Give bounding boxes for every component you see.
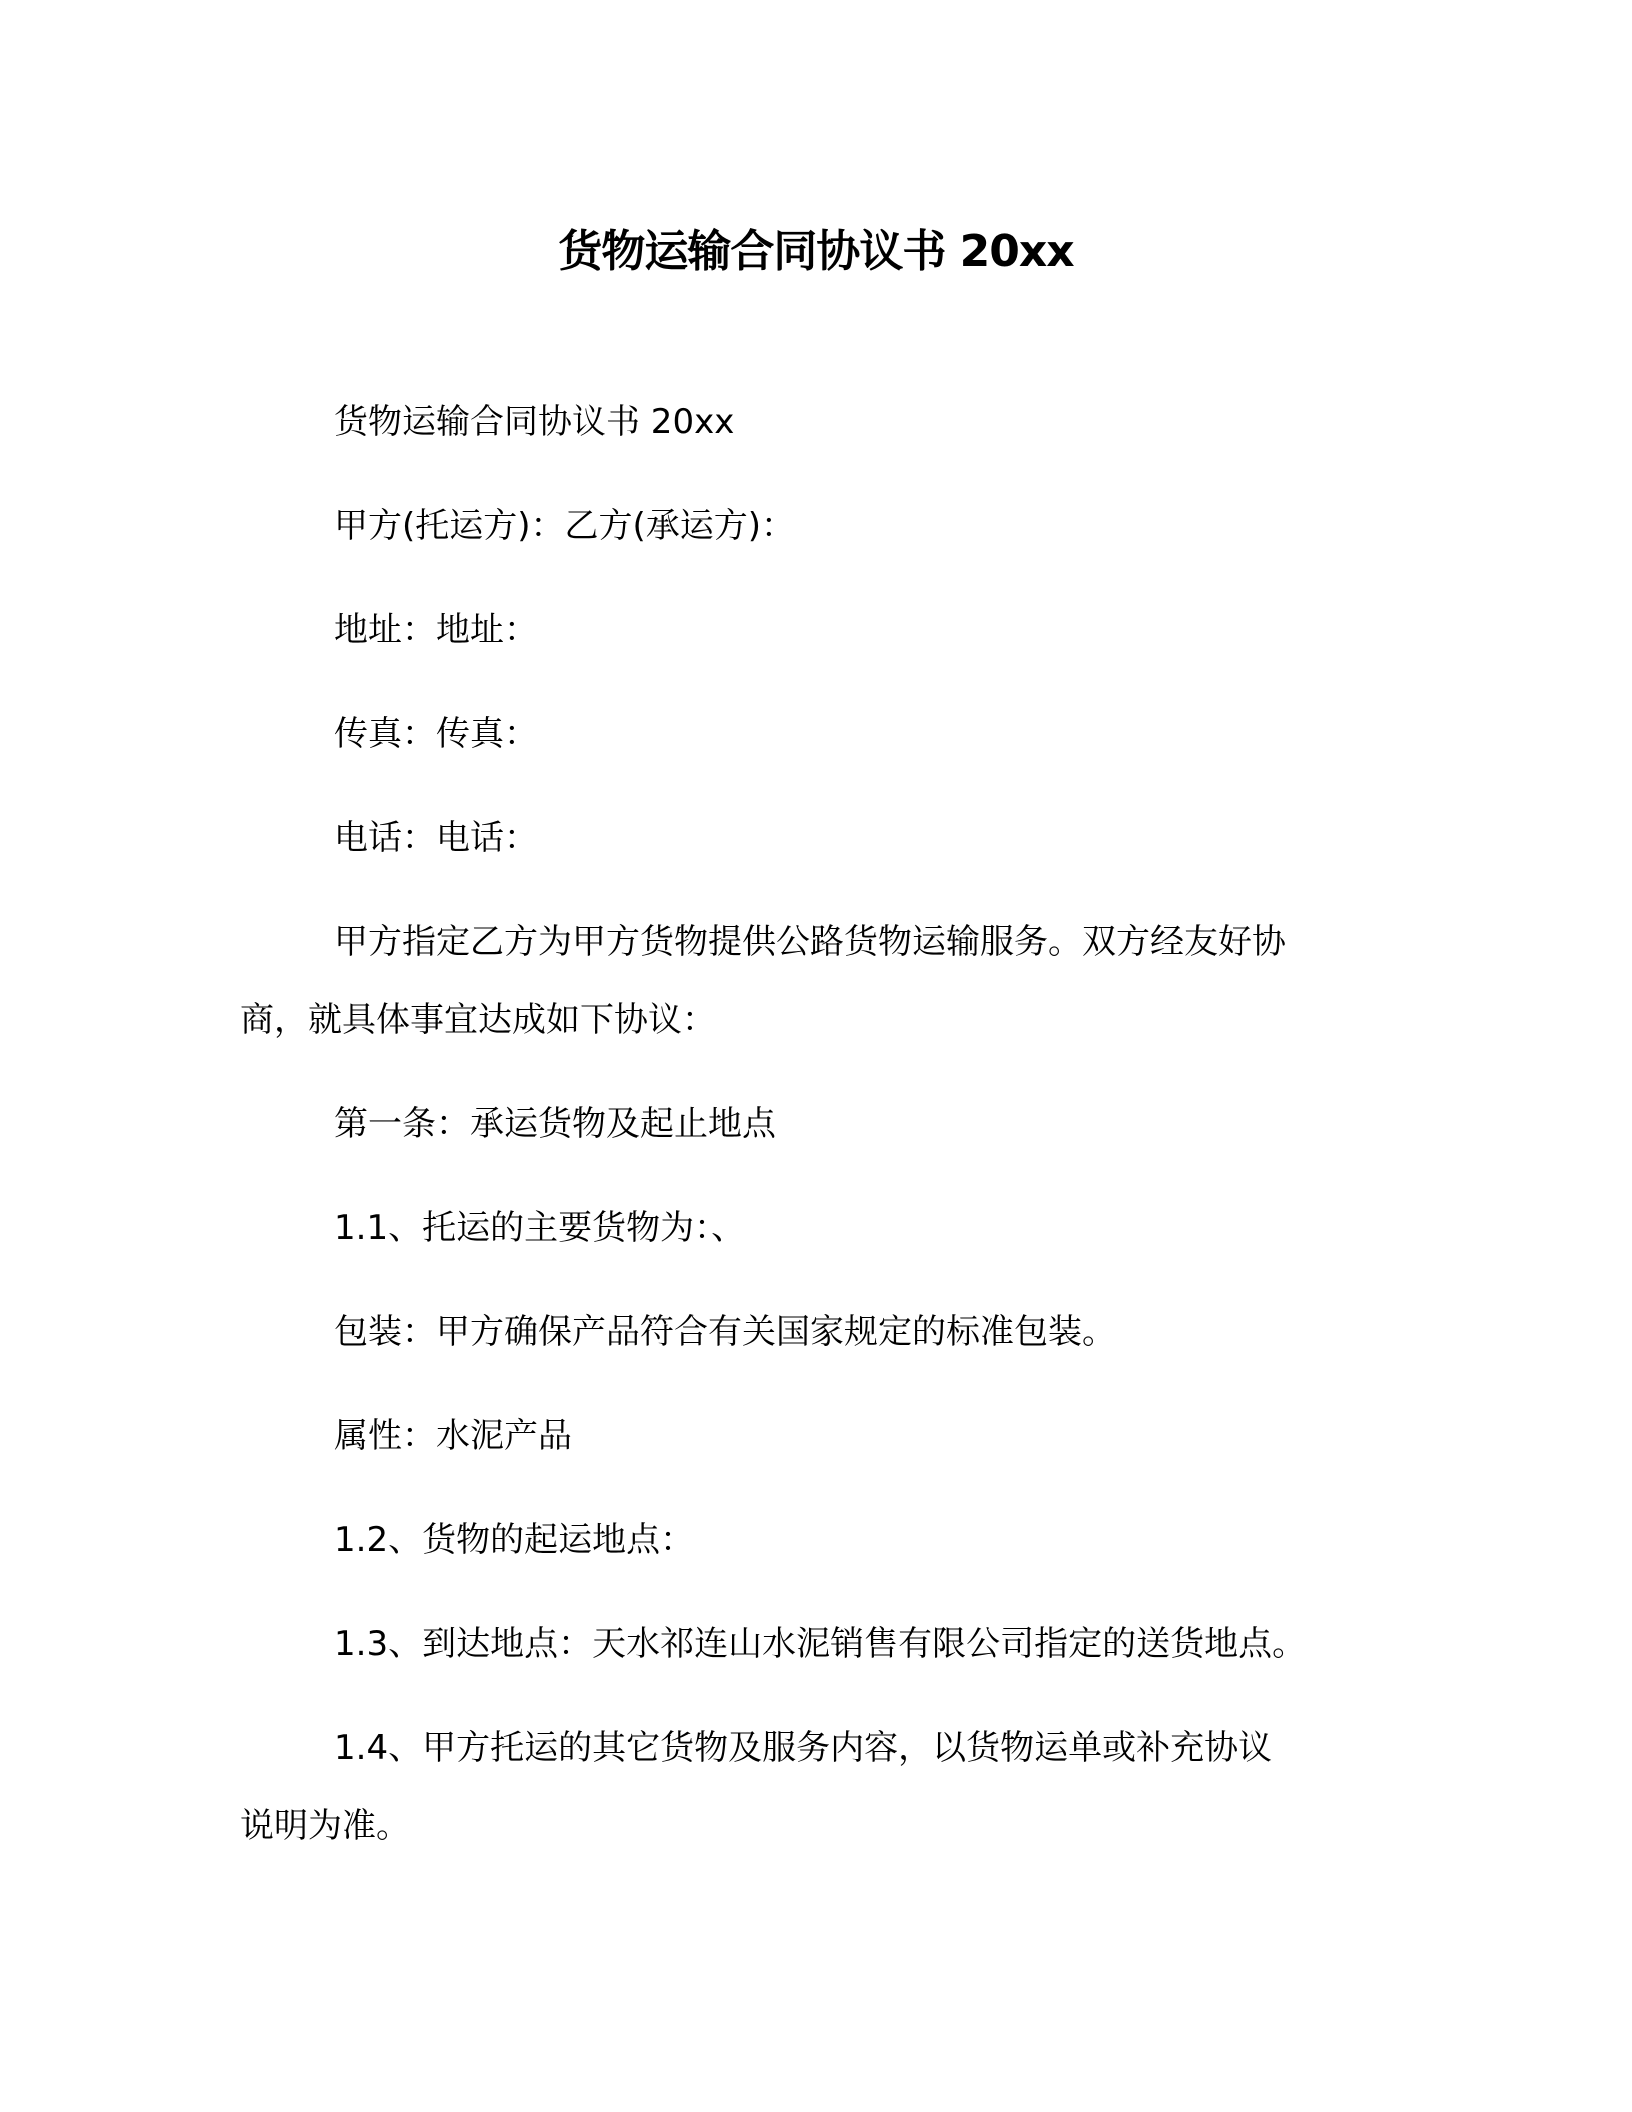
property-line: 属性：水泥产品: [334, 1412, 572, 1460]
clause-1-4-line-1: 1.4、甲方托运的其它货物及服务内容，以货物运单或补充协议: [334, 1724, 1272, 1772]
address-line: 地址：地址：: [334, 606, 538, 654]
intro-paragraph-line-1: 甲方指定乙方为甲方货物提供公路货物运输服务。双方经友好协: [334, 918, 1286, 966]
fax-line: 传真：传真：: [334, 710, 538, 758]
article-1-heading: 第一条：承运货物及起止地点: [334, 1100, 776, 1148]
clause-1-1: 1.1、托运的主要货物为：、: [334, 1204, 745, 1252]
subtitle-line: 货物运输合同协议书 20xx: [334, 398, 734, 446]
clause-1-4-line-2: 说明为准。: [240, 1802, 410, 1850]
phone-line: 电话：电话：: [334, 814, 538, 862]
document-page: 货物运输合同协议书 20xx 货物运输合同协议书 20xx 甲方(托运方)：乙方…: [0, 0, 1632, 2112]
clause-1-3: 1.3、到达地点：天水祁连山水泥销售有限公司指定的送货地点。: [334, 1620, 1306, 1668]
intro-paragraph-line-2: 商，就具体事宜达成如下协议：: [240, 996, 716, 1044]
document-title: 货物运输合同协议书 20xx: [0, 222, 1632, 282]
packaging-line: 包装：甲方确保产品符合有关国家规定的标准包装。: [334, 1308, 1116, 1356]
clause-1-2: 1.2、货物的起运地点：: [334, 1516, 694, 1564]
party-line: 甲方(托运方)：乙方(承运方)：: [334, 502, 795, 550]
